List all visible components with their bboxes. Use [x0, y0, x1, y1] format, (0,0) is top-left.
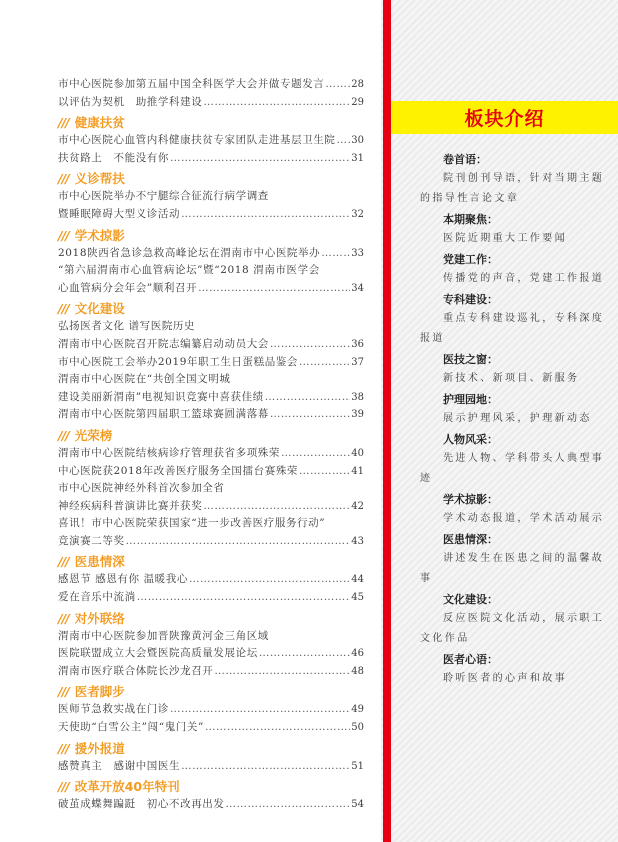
toc-section-heading: ///医患情深: [58, 552, 364, 571]
toc-page-number: 42: [351, 498, 364, 516]
leader-dots: [265, 389, 350, 407]
toc-page-number: 31: [351, 150, 364, 168]
toc-entry[interactable]: 渭南市中心医院召开院志编纂启动动员大会36: [58, 336, 364, 354]
toc-entry-title: 感赞真主 感谢中国医生: [58, 758, 180, 776]
toc-entry-title: 渭南市中心医院结核病诊疗管理获省多项殊荣: [58, 445, 280, 463]
toc-entry[interactable]: 医师节急救实战在门诊49: [58, 701, 364, 719]
toc-entry-title: 市中心医院举办不宁腿综合征流行病学调查: [58, 188, 269, 206]
section-title: 对外联络: [75, 611, 125, 626]
toc-page-number: 28: [351, 76, 364, 94]
leader-dots: [198, 280, 350, 298]
toc-page-number: 38: [351, 389, 364, 407]
leader-dots: [270, 406, 350, 424]
intro-description: 反应医院文化活动，展示职工文化作品: [420, 609, 610, 649]
toc-entry[interactable]: 爱在音乐中流淌45: [58, 589, 364, 607]
toc-entry[interactable]: 神经疾病科普演讲比赛并获奖42: [58, 498, 364, 516]
toc-entry[interactable]: 市中心医院举办不宁腿综合征流行病学调查: [58, 188, 364, 206]
toc-entry-title: 扶贫路上 不能没有你: [58, 150, 169, 168]
section-marker-icon: ///: [58, 228, 69, 243]
toc-page-number: 36: [351, 336, 364, 354]
section-title: 改革开放40年特刊: [75, 779, 180, 794]
leader-dots: [126, 533, 351, 551]
leader-dots: [226, 796, 351, 814]
intro-heading: 医技之窗：: [420, 350, 610, 369]
intro-heading: 医者心语：: [420, 650, 610, 669]
toc-entry-title: 天使助“白雪公主”闯“鬼门关”: [58, 719, 204, 737]
toc-entry[interactable]: 市中心医院工会举办2019年职工生日蛋糕品鉴会37: [58, 354, 364, 372]
toc-page-number: 51: [351, 758, 364, 776]
toc-entry[interactable]: 渭南市医疗联合体院长沙龙召开48: [58, 663, 364, 681]
intro-heading: 卷首语：: [420, 150, 610, 169]
leader-dots: [325, 76, 350, 94]
section-marker-icon: ///: [58, 741, 69, 756]
toc-entry[interactable]: 建设美丽新渭南”电视知识竞赛中喜获佳绩38: [58, 389, 364, 407]
intro-description: 传播党的声音，党建工作报道: [420, 269, 610, 289]
table-of-contents: 市中心医院参加第五届中国全科医学大会并做专题发言28以评估为契机 助推学科建设2…: [58, 76, 364, 814]
intro-description: 新技术、新项目、新服务: [420, 369, 610, 389]
intro-heading: 人物风采：: [420, 430, 610, 449]
toc-entry-title: 渭南市中心医院在“共创全国文明城: [58, 371, 230, 389]
toc-entry[interactable]: 破茧成蝶舞蹁跹 初心不改再出发54: [58, 796, 364, 814]
toc-entry-title: 渭南市中心医院第四届职工篮球赛圆满落幕: [58, 406, 269, 424]
section-title: 医者脚步: [75, 684, 125, 699]
toc-page-number: 48: [351, 663, 364, 681]
toc-page-number: 33: [351, 245, 364, 263]
toc-entry[interactable]: 中心医院获2018年改善医疗服务全国擂台赛殊荣41: [58, 463, 364, 481]
toc-entry[interactable]: 暨睡眠障碍大型义诊活动32: [58, 206, 364, 224]
toc-entry-title: 喜讯！市中心医院荣获国家“进一步改善医疗服务行动”: [58, 515, 325, 533]
section-marker-icon: ///: [58, 301, 69, 316]
leader-dots: [203, 498, 350, 516]
intro-description: 展示护理风采，护理新动态: [420, 409, 610, 429]
leader-dots: [337, 132, 351, 150]
intro-heading: 专科建设：: [420, 290, 610, 309]
toc-entry-title: 渭南市医疗联合体院长沙龙召开: [58, 663, 213, 681]
leader-dots: [203, 94, 350, 112]
toc-entry-title: 感恩节 感恩有你 温暖我心: [58, 571, 188, 589]
toc-page-number: 37: [351, 354, 364, 372]
intro-heading: 医患情深：: [420, 530, 610, 549]
leader-dots: [170, 701, 350, 719]
toc-page-number: 44: [351, 571, 364, 589]
toc-entry[interactable]: 天使助“白雪公主”闯“鬼门关”50: [58, 719, 364, 737]
toc-page-number: 30: [351, 132, 364, 150]
toc-entry[interactable]: 弘扬医者文化 谱写医院历史: [58, 318, 364, 336]
toc-page-number: 40: [351, 445, 364, 463]
intro-description: 院刊创刊导语，针对当期主题的指导性言论文章: [420, 169, 610, 209]
toc-section-heading: ///医者脚步: [58, 682, 364, 701]
toc-entry[interactable]: 感恩节 感恩有你 温暖我心44: [58, 571, 364, 589]
toc-entry-title: 弘扬医者文化 谱写医院历史: [58, 318, 195, 336]
leader-dots: [137, 589, 351, 607]
section-title: 健康扶贫: [75, 115, 125, 130]
toc-entry-title: 心血管病分会年会”顺利召开: [58, 280, 197, 298]
section-title: 文化建设: [75, 301, 125, 316]
toc-entry[interactable]: 2018陕西省急诊急救高峰论坛在渭南市中心医院举办33: [58, 245, 364, 263]
section-marker-icon: ///: [58, 684, 69, 699]
leader-dots: [281, 445, 350, 463]
toc-page-number: 46: [351, 645, 364, 663]
toc-entry[interactable]: 市中心医院参加第五届中国全科医学大会并做专题发言28: [58, 76, 364, 94]
intro-description: 讲述发生在医患之间的温馨故事: [420, 549, 610, 589]
toc-page-number: 34: [351, 280, 364, 298]
toc-entry[interactable]: 感赞真主 感谢中国医生51: [58, 758, 364, 776]
toc-entry[interactable]: “第六届渭南市心血管病论坛”暨“2018 渭南市医学会: [58, 262, 364, 280]
toc-page-number: 50: [351, 719, 364, 737]
toc-page-number: 43: [351, 533, 364, 551]
leader-dots: [259, 645, 350, 663]
toc-entry-title: 渭南市中心医院参加晋陕豫黄河金三角区域: [58, 628, 269, 646]
panel-banner: 板块介绍: [391, 101, 618, 134]
intro-heading: 文化建设：: [420, 590, 610, 609]
section-title: 学术掠影: [75, 228, 125, 243]
section-intro-list: 卷首语：院刊创刊导语，针对当期主题的指导性言论文章本期聚焦：医院近期重大工作要闻…: [420, 150, 610, 690]
toc-entry[interactable]: 喜讯！市中心医院荣获国家“进一步改善医疗服务行动”: [58, 515, 364, 533]
toc-entry-title: 市中心医院神经外科首次参加全省: [58, 480, 225, 498]
section-marker-icon: ///: [58, 428, 69, 443]
intro-heading: 学术掠影：: [420, 490, 610, 509]
leader-dots: [170, 150, 350, 168]
leader-dots: [299, 354, 350, 372]
toc-entry[interactable]: 竞演赛二等奖43: [58, 533, 364, 551]
intro-heading: 党建工作：: [420, 250, 610, 269]
section-marker-icon: ///: [58, 554, 69, 569]
toc-page-number: 49: [351, 701, 364, 719]
toc-section-heading: ///文化建设: [58, 299, 364, 318]
toc-section-heading: ///义诊帮扶: [58, 169, 364, 188]
toc-entry-title: 以评估为契机 助推学科建设: [58, 94, 202, 112]
toc-section-heading: ///光荣榜: [58, 426, 364, 445]
intro-heading: 本期聚焦：: [420, 210, 610, 229]
toc-section-heading: ///学术掠影: [58, 226, 364, 245]
toc-entry-title: 市中心医院心血管内科健康扶贫专家团队走进基层卫生院: [58, 132, 336, 150]
leader-dots: [321, 245, 350, 263]
toc-entry-title: 市中心医院参加第五届中国全科医学大会并做专题发言: [58, 76, 324, 94]
intro-description: 先进人物、学科带头人典型事迹: [420, 449, 610, 489]
leader-dots: [205, 719, 350, 737]
intro-description: 聆听医者的心声和故事: [420, 669, 610, 689]
toc-entry[interactable]: 渭南市中心医院结核病诊疗管理获省多项殊荣40: [58, 445, 364, 463]
toc-page-number: 45: [351, 589, 364, 607]
toc-entry[interactable]: 渭南市中心医院在“共创全国文明城: [58, 371, 364, 389]
toc-entry-title: 竞演赛二等奖: [58, 533, 125, 551]
leader-dots: [214, 663, 350, 681]
section-title: 援外报道: [75, 741, 125, 756]
section-marker-icon: ///: [58, 611, 69, 626]
toc-page-number: 32: [351, 206, 364, 224]
toc-entry-title: 医师节急救实战在门诊: [58, 701, 169, 719]
toc-section-heading: ///健康扶贫: [58, 113, 364, 132]
toc-entry-title: 医院联盟成立大会暨医院高质量发展论坛: [58, 645, 258, 663]
section-title: 义诊帮扶: [75, 171, 125, 186]
leader-dots: [181, 206, 350, 224]
leader-dots: [181, 758, 350, 776]
toc-page-number: 54: [351, 796, 364, 814]
toc-entry[interactable]: 渭南市中心医院第四届职工篮球赛圆满落幕39: [58, 406, 364, 424]
toc-entry-title: 神经疾病科普演讲比赛并获奖: [58, 498, 202, 516]
toc-entry-title: “第六届渭南市心血管病论坛”暨“2018 渭南市医学会: [58, 262, 320, 280]
section-marker-icon: ///: [58, 171, 69, 186]
section-title: 医患情深: [75, 554, 125, 569]
banner-title: 板块介绍: [464, 104, 544, 131]
leader-dots: [299, 463, 350, 481]
toc-section-heading: ///改革开放40年特刊: [58, 777, 364, 796]
toc-entry-title: 建设美丽新渭南”电视知识竞赛中喜获佳绩: [58, 389, 264, 407]
intro-description: 重点专科建设巡礼，专科深度报道: [420, 309, 610, 349]
toc-entry[interactable]: 扶贫路上 不能没有你31: [58, 150, 364, 168]
intro-heading: 护理园地：: [420, 390, 610, 409]
leader-dots: [270, 336, 350, 354]
toc-entry-title: 爱在音乐中流淌: [58, 589, 136, 607]
toc-page-number: 39: [351, 406, 364, 424]
toc-entry[interactable]: 市中心医院神经外科首次参加全省: [58, 480, 364, 498]
toc-entry[interactable]: 医院联盟成立大会暨医院高质量发展论坛46: [58, 645, 364, 663]
toc-entry[interactable]: 渭南市中心医院参加晋陕豫黄河金三角区域: [58, 628, 364, 646]
toc-entry-title: 渭南市中心医院召开院志编纂启动动员大会: [58, 336, 269, 354]
toc-entry-title: 破茧成蝶舞蹁跹 初心不改再出发: [58, 796, 225, 814]
toc-entry[interactable]: 市中心医院心血管内科健康扶贫专家团队走进基层卫生院30: [58, 132, 364, 150]
toc-section-heading: ///对外联络: [58, 609, 364, 628]
toc-entry-title: 2018陕西省急诊急救高峰论坛在渭南市中心医院举办: [58, 245, 320, 263]
section-marker-icon: ///: [58, 115, 69, 130]
intro-description: 学术动态报道，学术活动展示: [420, 509, 610, 529]
toc-page-number: 29: [351, 94, 364, 112]
toc-entry-title: 暨睡眠障碍大型义诊活动: [58, 206, 180, 224]
leader-dots: [189, 571, 350, 589]
toc-section-heading: ///援外报道: [58, 739, 364, 758]
section-marker-icon: ///: [58, 779, 69, 794]
section-title: 光荣榜: [75, 428, 113, 443]
toc-entry-title: 市中心医院工会举办2019年职工生日蛋糕品鉴会: [58, 354, 298, 372]
intro-description: 医院近期重大工作要闻: [420, 229, 610, 249]
red-accent-bar: [383, 0, 391, 842]
toc-entry[interactable]: 以评估为契机 助推学科建设29: [58, 94, 364, 112]
toc-entry-title: 中心医院获2018年改善医疗服务全国擂台赛殊荣: [58, 463, 298, 481]
toc-entry[interactable]: 心血管病分会年会”顺利召开34: [58, 280, 364, 298]
toc-page-number: 41: [351, 463, 364, 481]
